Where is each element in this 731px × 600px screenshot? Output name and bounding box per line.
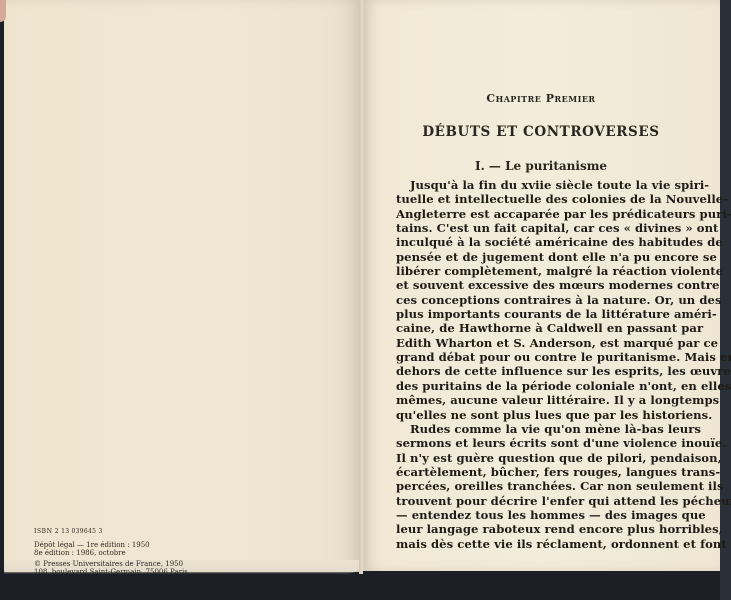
isbn-label: ISBN (34, 528, 53, 535)
text-line: mais dès cette vie ils réclament, ordonn… (396, 537, 682, 551)
text-line: mêmes, aucune valeur littéraire. Il y a … (396, 393, 682, 407)
text-line: des puritains de la période coloniale n'… (396, 379, 682, 393)
copyright-line: © Presses Universitaires de France, 1950 (34, 560, 188, 568)
section-title: I. — Le puritanisme (362, 159, 720, 173)
depot-legal: Dépôt légal — 1re édition : 1950 (34, 541, 188, 549)
text-line: leur langage raboteux rend encore plus h… (396, 522, 682, 536)
paragraph-2: Rudes comme la vie qu'on mène là-bas leu… (396, 422, 682, 551)
text-line: pensée et de jugement dont elle n'a pu e… (396, 250, 682, 264)
text-line: qu'elles ne sont plus lues que par les h… (396, 408, 682, 422)
isbn-line: ISBN 2 13 039645 3 (34, 528, 188, 536)
text-line: Jusqu'à la fin du xviie siècle toute la … (396, 178, 682, 192)
publisher-address: 108, boulevard Saint-Germain, 75006 Pari… (34, 568, 188, 576)
left-page (4, 0, 362, 572)
text-line: Angleterre est accaparée par les prédica… (396, 207, 682, 221)
chapter-title: DÉBUTS ET CONTROVERSES (362, 124, 720, 140)
text-line: Rudes comme la vie qu'on mène là-bas leu… (396, 422, 682, 436)
colophon: ISBN 2 13 039645 3 Dépôt légal — 1re édi… (34, 528, 188, 576)
text-line: dehors de cette influence sur les esprit… (396, 364, 682, 378)
text-line: libérer complètement, malgré la réaction… (396, 264, 682, 278)
text-line: caine, de Hawthorne à Caldwell en passan… (396, 321, 682, 335)
text-line: et souvent excessive des mœurs modernes … (396, 278, 682, 292)
body-text: Jusqu'à la fin du xviie siècle toute la … (396, 178, 682, 551)
isbn-value: 2 13 039645 3 (55, 528, 103, 535)
text-line: Il n'y est guère question que de pilori,… (396, 451, 682, 465)
text-line: inculqué à la société américaine des hab… (396, 235, 682, 249)
text-line: — entendez tous les hommes — des images … (396, 508, 682, 522)
chapter-kicker: Chapitre Premier (362, 92, 720, 105)
text-line: ces conceptions contraires à la nature. … (396, 293, 682, 307)
text-line: tuelle et intellectuelle des colonies de… (396, 192, 682, 206)
text-line: sermons et leurs écrits sont d'une viole… (396, 436, 682, 450)
text-line: percées, oreilles tranchées. Car non seu… (396, 479, 682, 493)
thumb-corner (0, 0, 6, 22)
text-line: Edith Wharton et S. Anderson, est marqué… (396, 336, 682, 350)
paragraph-1: Jusqu'à la fin du xviie siècle toute la … (396, 178, 682, 422)
text-line: plus importants courants de la littératu… (396, 307, 682, 321)
edition-line: 8e édition : 1986, octobre (34, 549, 188, 557)
book-gutter (359, 0, 363, 574)
text-line: grand débat pour ou contre le puritanism… (396, 350, 682, 364)
text-line: écartèlement, bûcher, fers rouges, langu… (396, 465, 682, 479)
text-line: trouvent pour décrire l'enfer qui attend… (396, 494, 682, 508)
text-line: tains. C'est un fait capital, car ces « … (396, 221, 682, 235)
